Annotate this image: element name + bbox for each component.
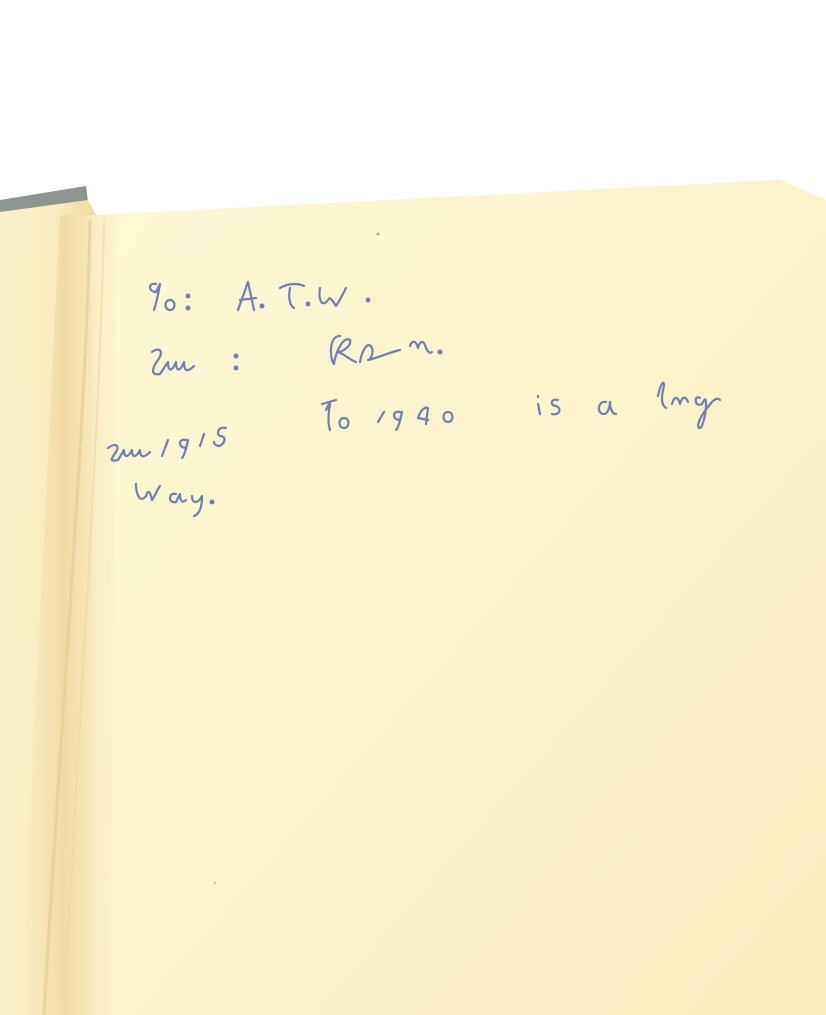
flyleaf-page (92, 180, 826, 1015)
photo-scene: To: A. T. W. From: R. A. M. From 1915 to… (0, 0, 826, 1015)
book-illustration (0, 0, 826, 1015)
